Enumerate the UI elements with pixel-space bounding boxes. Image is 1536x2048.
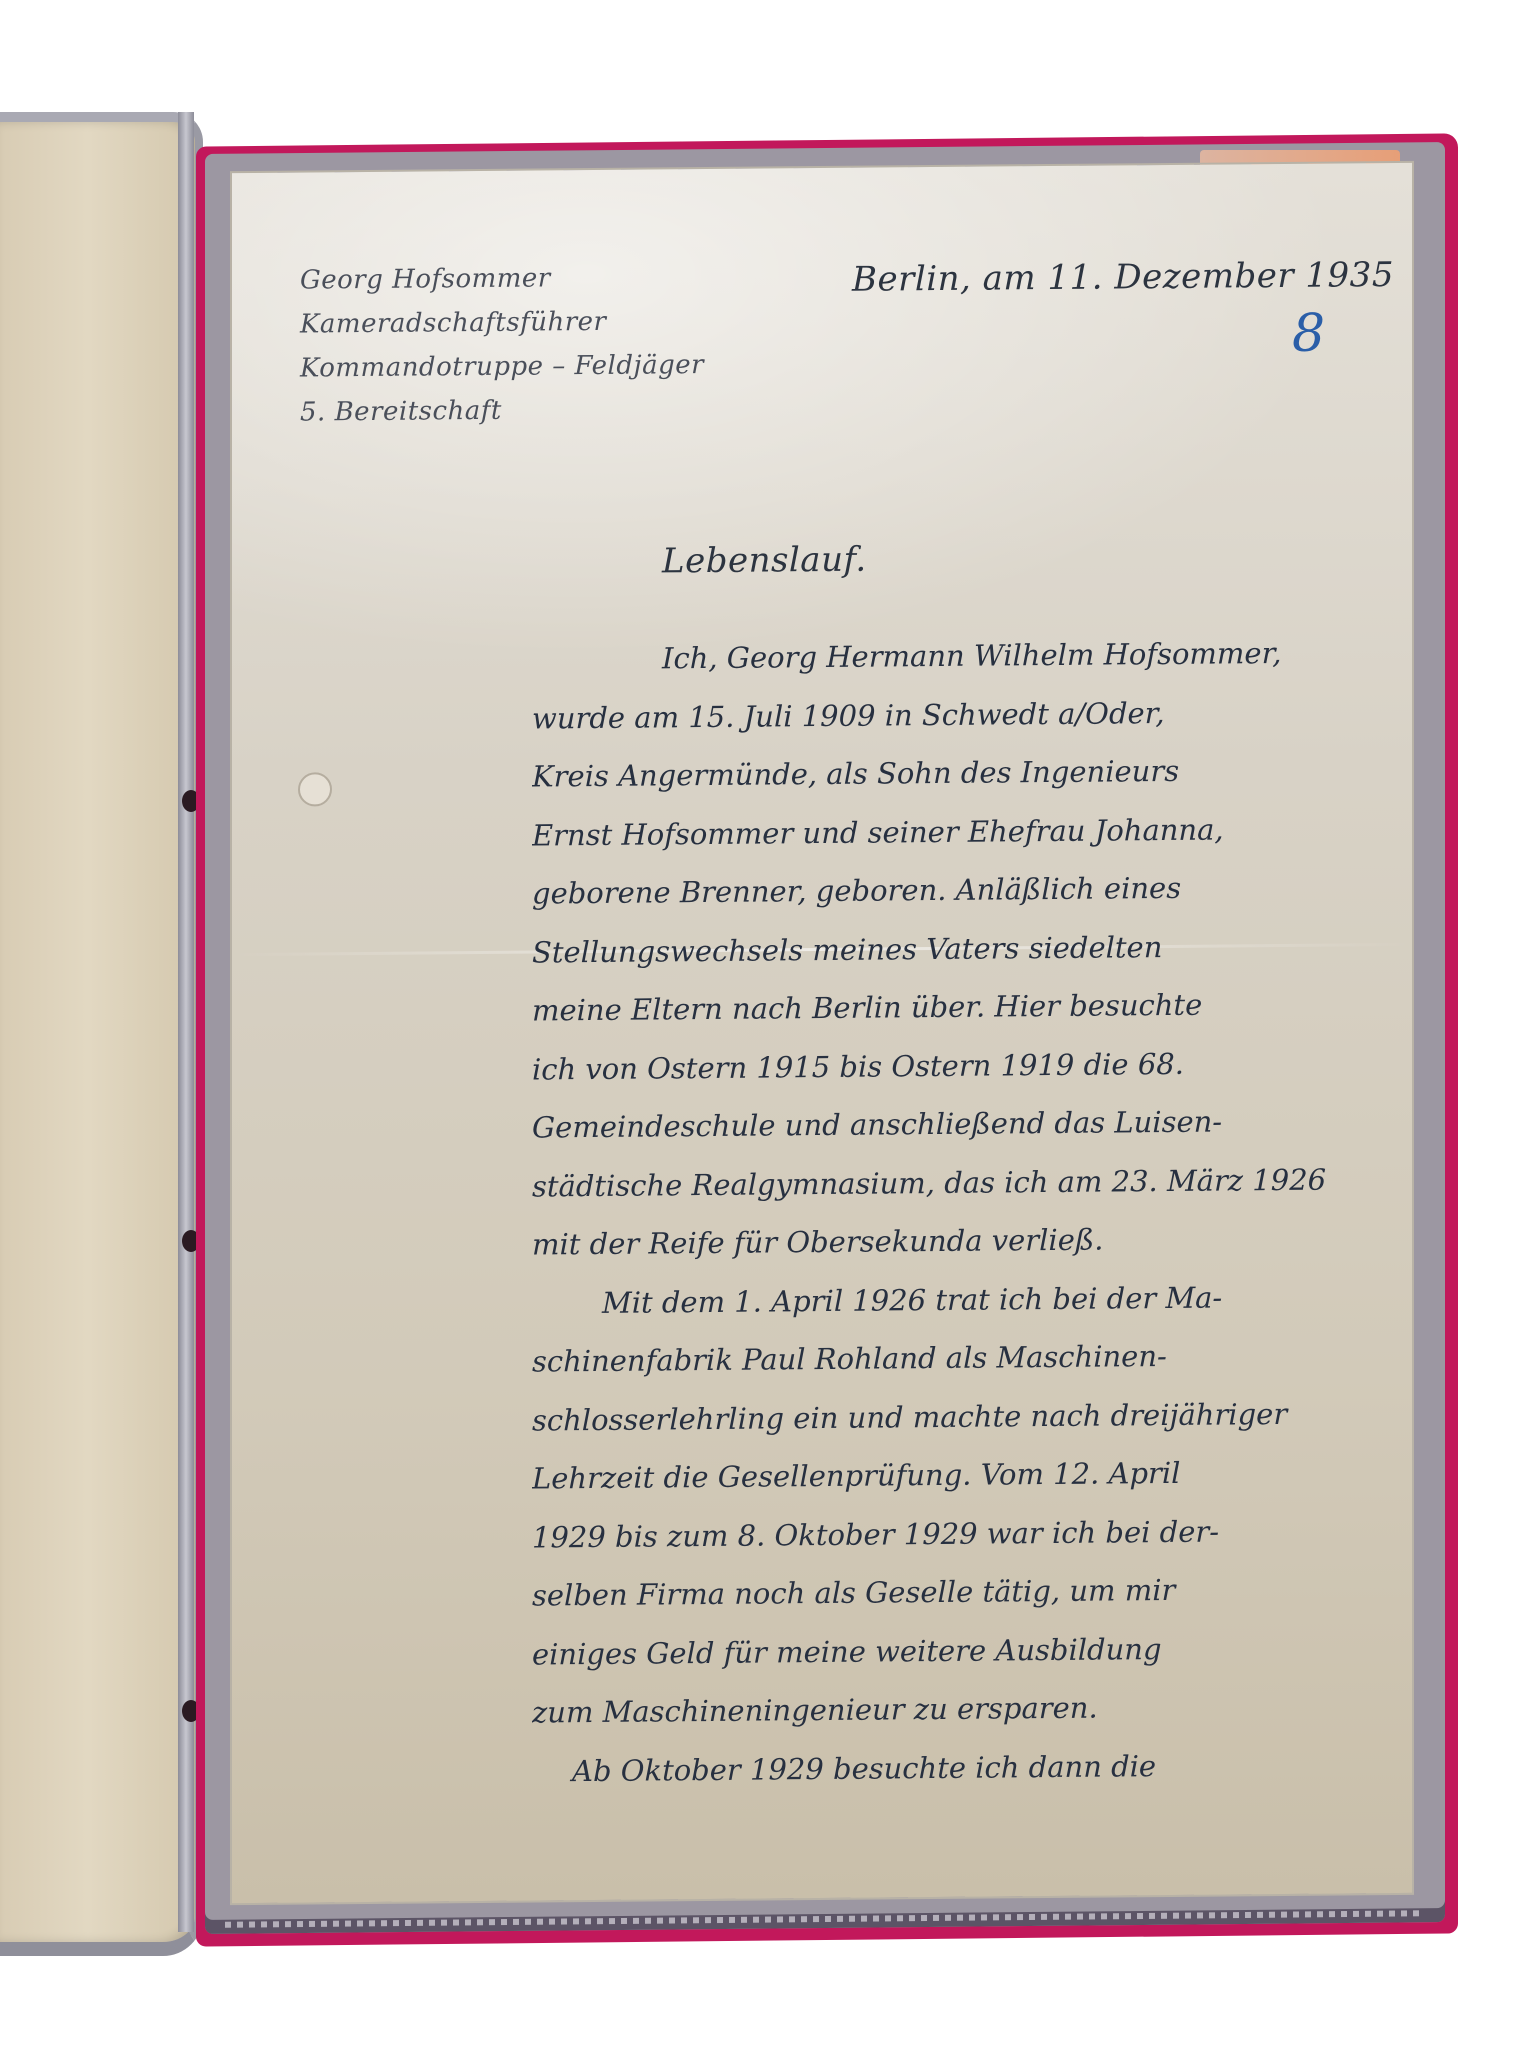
sender-subunit: 5. Bereitschaft: [300, 387, 704, 435]
document-title: Lebenslauf.: [662, 540, 867, 582]
body-line: städtische Realgymnasium, das ich am 23.…: [532, 1150, 1372, 1216]
left-binder-page: [0, 112, 203, 1956]
punch-hole: [298, 772, 332, 806]
sender-name: Georg Hofsommer: [300, 255, 704, 303]
body-line: meine Eltern nach Berlin über. Hier besu…: [532, 974, 1372, 1040]
letter-body: Ich, Georg Hermann Wilhelm Hofsommer, wu…: [532, 623, 1372, 1800]
body-line: ich von Ostern 1915 bis Ostern 1919 die …: [532, 1033, 1372, 1099]
left-sleeve-edge: [178, 112, 194, 1932]
body-line: geborene Brenner, geboren. Anläßlich ein…: [532, 857, 1372, 923]
letter-page: Georg Hofsommer Kameradschaftsführer Kom…: [232, 163, 1412, 1903]
body-line: Lehrzeit die Gesellenprüfung. Vom 12. Ap…: [532, 1442, 1372, 1508]
body-line: selben Firma noch als Geselle tätig, um …: [532, 1559, 1372, 1625]
body-line: schinenfabrik Paul Rohland als Maschinen…: [532, 1325, 1372, 1391]
body-line: Gemeindeschule und anschließend das Luis…: [532, 1091, 1372, 1157]
body-line: schlosserlehrling ein und machte nach dr…: [532, 1384, 1372, 1450]
body-line: Ich, Georg Hermann Wilhelm Hofsommer,: [532, 623, 1372, 689]
sender-rank: Kameradschaftsführer: [300, 299, 704, 347]
body-line: zum Maschineningenieur zu ersparen.: [532, 1676, 1372, 1742]
place-date: Berlin, am 11. Dezember 1935: [852, 255, 1394, 300]
body-line: Kreis Angermünde, als Sohn des Ingenieur…: [532, 740, 1372, 806]
body-line: Mit dem 1. April 1926 trat ich bei der M…: [532, 1267, 1372, 1333]
sender-unit: Kommandotruppe – Feldjäger: [300, 343, 704, 391]
body-line: Ernst Hofsommer und seiner Ehefrau Johan…: [532, 799, 1372, 865]
sender-block: Georg Hofsommer Kameradschaftsführer Kom…: [300, 255, 704, 435]
body-line: Stellungswechsels meines Vaters siedelte…: [532, 916, 1372, 982]
page-number: 8: [1292, 304, 1326, 364]
body-line: wurde am 15. Juli 1909 in Schwedt a/Oder…: [532, 682, 1372, 748]
body-line: 1929 bis zum 8. Oktober 1929 war ich bei…: [532, 1501, 1372, 1567]
body-line: mit der Reife für Obersekunda verließ.: [532, 1208, 1372, 1274]
body-line: Ab Oktober 1929 besuchte ich dann die: [532, 1735, 1372, 1801]
body-line: einiges Geld für meine weitere Ausbildun…: [532, 1618, 1372, 1684]
